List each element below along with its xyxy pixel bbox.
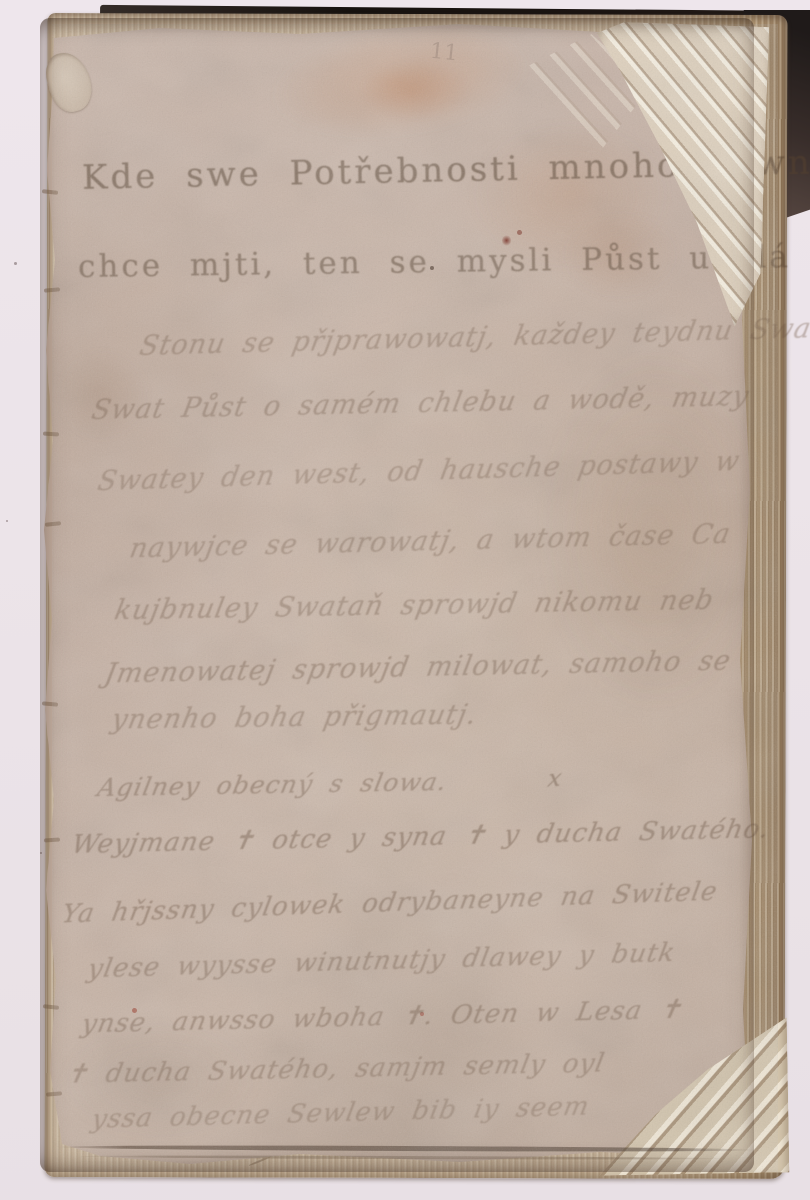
stitch-mark [42,701,58,706]
manuscript-page [40,20,754,1170]
dust-speck [14,262,17,265]
stitch-mark [42,189,58,195]
stitch-mark [43,431,59,436]
dust-speck [6,520,8,522]
scanned-manuscript: 11 Kde swe Potřebnosti mnoho Pewne chce … [0,0,810,1200]
dust-speck [40,852,42,854]
